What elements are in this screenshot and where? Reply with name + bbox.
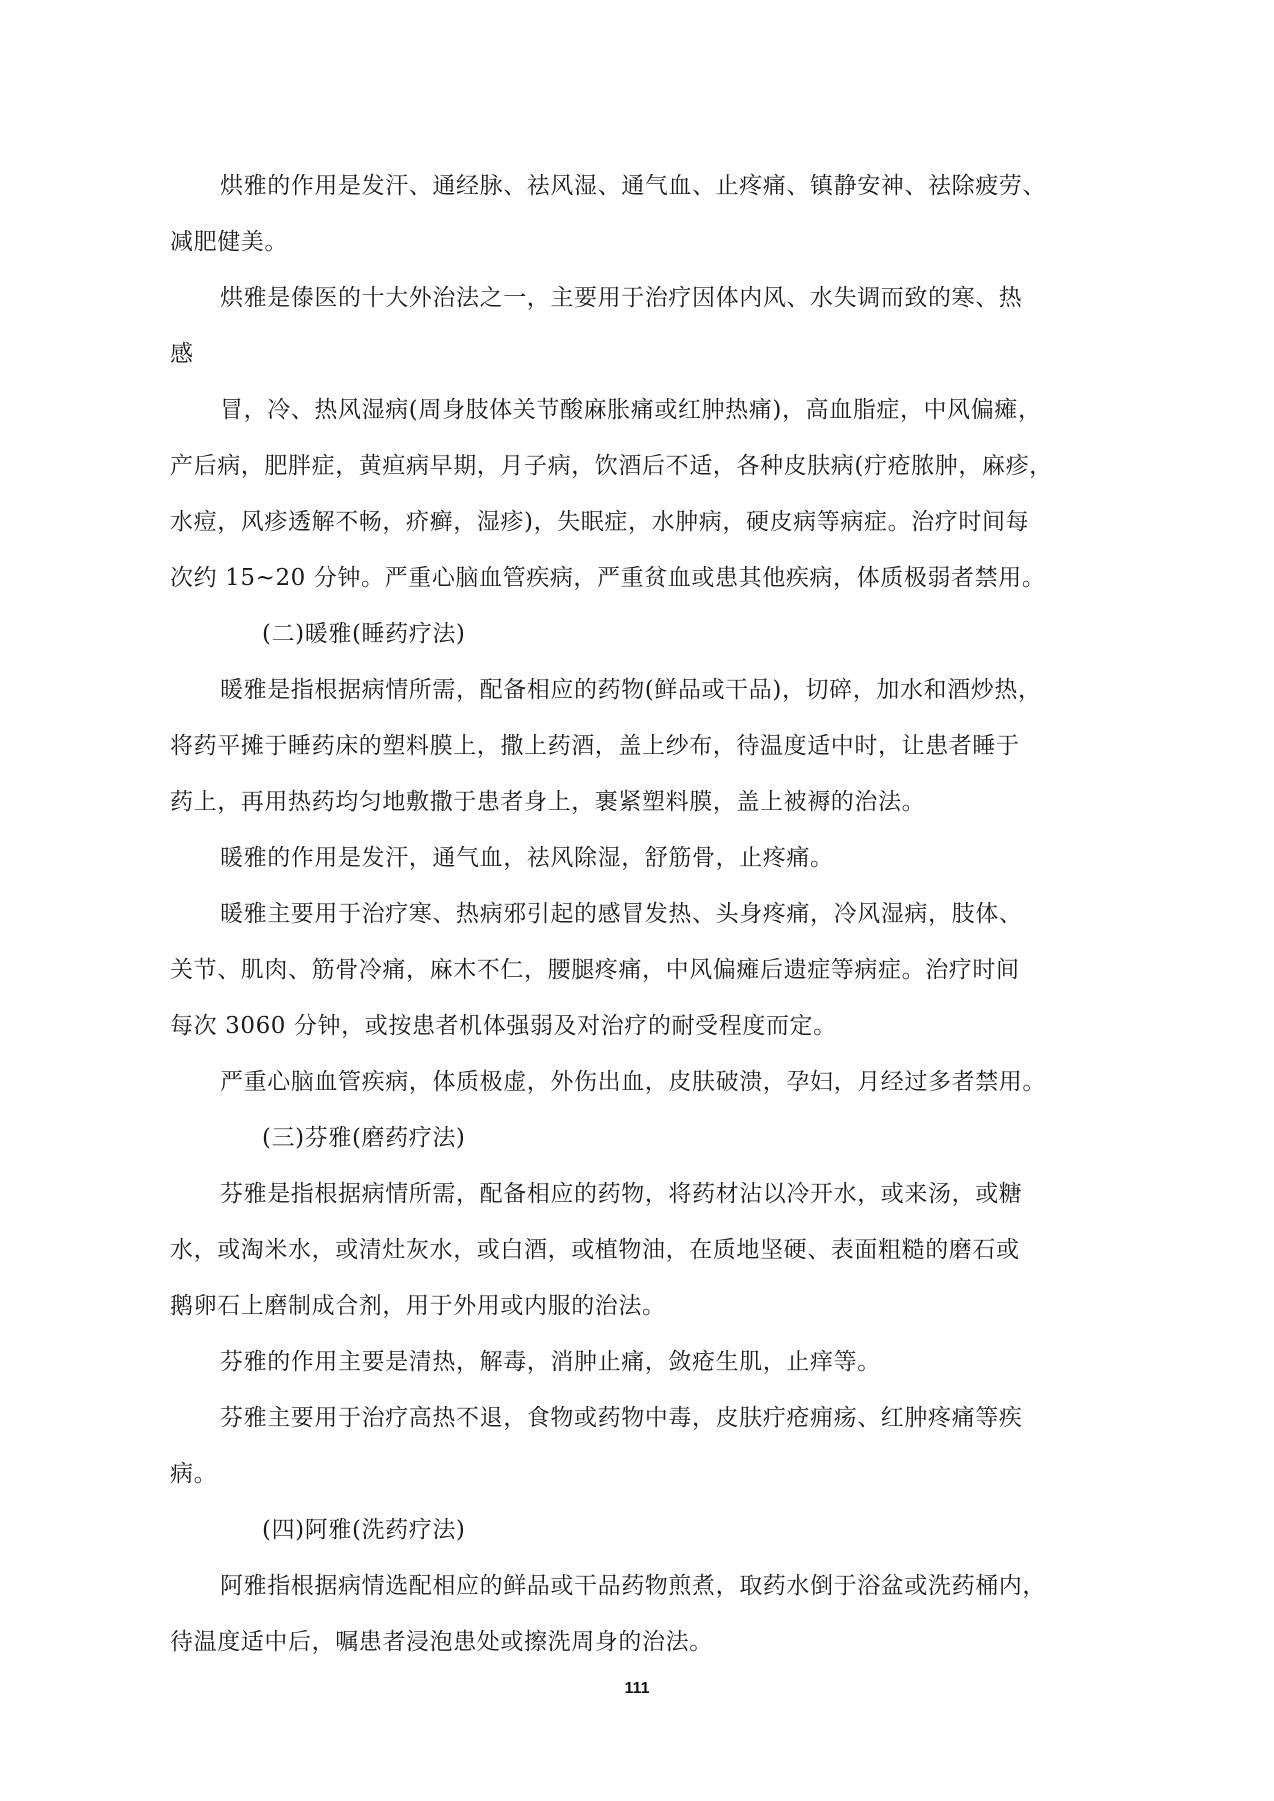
text-line: 鹅卵石上磨制成合剂，用于外用或内服的治法。 <box>170 1291 666 1321</box>
text-line: 芬雅主要用于治疗高热不退，食物或药物中毒，皮肤疔疮痈疡、红肿疼痛等疾 <box>220 1403 1022 1433</box>
text-line: 阿雅指根据病情选配相应的鲜品或干品药物煎煮，取药水倒于浴盆或洗药桶内， <box>220 1571 1046 1601</box>
text-line: 芬雅的作用主要是清热，解毒，消肿止痛，敛疮生肌，止痒等。 <box>220 1347 881 1377</box>
text-line: 暖雅的作用是发汗，通气血，祛风除湿，舒筋骨，止疼痛。 <box>220 843 834 873</box>
text-line: 将药平摊于睡药床的塑料膜上，撒上药酒，盖上纱布，待温度适中时，让患者睡于 <box>170 731 1020 761</box>
text-line: 暖雅是指根据病情所需，配备相应的药物(鲜品或干品)，切碎，加水和酒炒热， <box>220 675 1042 705</box>
text-line: 水，或淘米水，或清灶灰水，或白酒，或植物油，在质地坚硬、表面粗糙的磨石或 <box>170 1235 1020 1265</box>
page-number: 111 <box>0 1680 1274 1698</box>
text-line: 严重心脑血管疾病，体质极虚，外伤出血，皮肤破溃，孕妇，月经过多者禁用。 <box>220 1067 1046 1097</box>
section-heading: (二)暖雅(睡药疗法) <box>262 619 466 649</box>
text-line: 次约 15~20 分钟。严重心脑血管疾病，严重贫血或患其他疾病，体质极弱者禁用。 <box>170 563 1045 593</box>
text-line: 感 <box>170 339 194 369</box>
text-line: 烘雅的作用是发汗、通经脉、祛风湿、通气血、止疼痛、镇静安神、祛除疲劳、 <box>220 171 1046 201</box>
section-heading: (三)芬雅(磨药疗法) <box>262 1123 466 1153</box>
text-line: 暖雅主要用于治疗寒、热病邪引起的感冒发热、头身疼痛，冷风湿病，肢体、 <box>220 899 1022 929</box>
text-line: 关节、肌肉、筋骨冷痛，麻木不仁，腰腿疼痛，中风偏瘫后遗症等病症。治疗时间 <box>170 955 1020 985</box>
text-line: 减肥健美。 <box>170 227 288 257</box>
section-heading: (四)阿雅(洗药疗法) <box>262 1515 466 1545</box>
text-line: 待温度适中后，嘱患者浸泡患处或擦洗周身的治法。 <box>170 1627 713 1657</box>
text-line: 产后病，肥胖症，黄疸病早期，月子病，饮酒后不适，各种皮肤病(疔疮脓肿，麻疹， <box>170 451 1053 481</box>
text-line: 芬雅是指根据病情所需，配备相应的药物，将药材沾以冷开水，或来汤，或糖 <box>220 1179 1022 1209</box>
document-page: 烘雅的作用是发汗、通经脉、祛风湿、通气血、止疼痛、镇静安神、祛除疲劳、减肥健美。… <box>0 0 1274 1801</box>
text-line: 每次 3060 分钟，或按患者机体强弱及对治疗的耐受程度而定。 <box>170 1011 837 1041</box>
text-line: 药上，再用热药均匀地敷撒于患者身上，裹紧塑料膜，盖上被褥的治法。 <box>170 787 925 817</box>
text-line: 冒，冷、热风湿病(周身肢体关节酸麻胀痛或红肿热痛)，高血脂症，中风偏瘫， <box>220 395 1042 425</box>
text-line: 水痘，风疹透解不畅，疥癣，湿疹)，失眠症，水肿病，硬皮病等病症。治疗时间每 <box>170 507 1029 537</box>
text-line: 烘雅是傣医的十大外治法之一，主要用于治疗因体内风、水失调而致的寒、热 <box>220 283 1022 313</box>
text-line: 病。 <box>170 1459 217 1489</box>
